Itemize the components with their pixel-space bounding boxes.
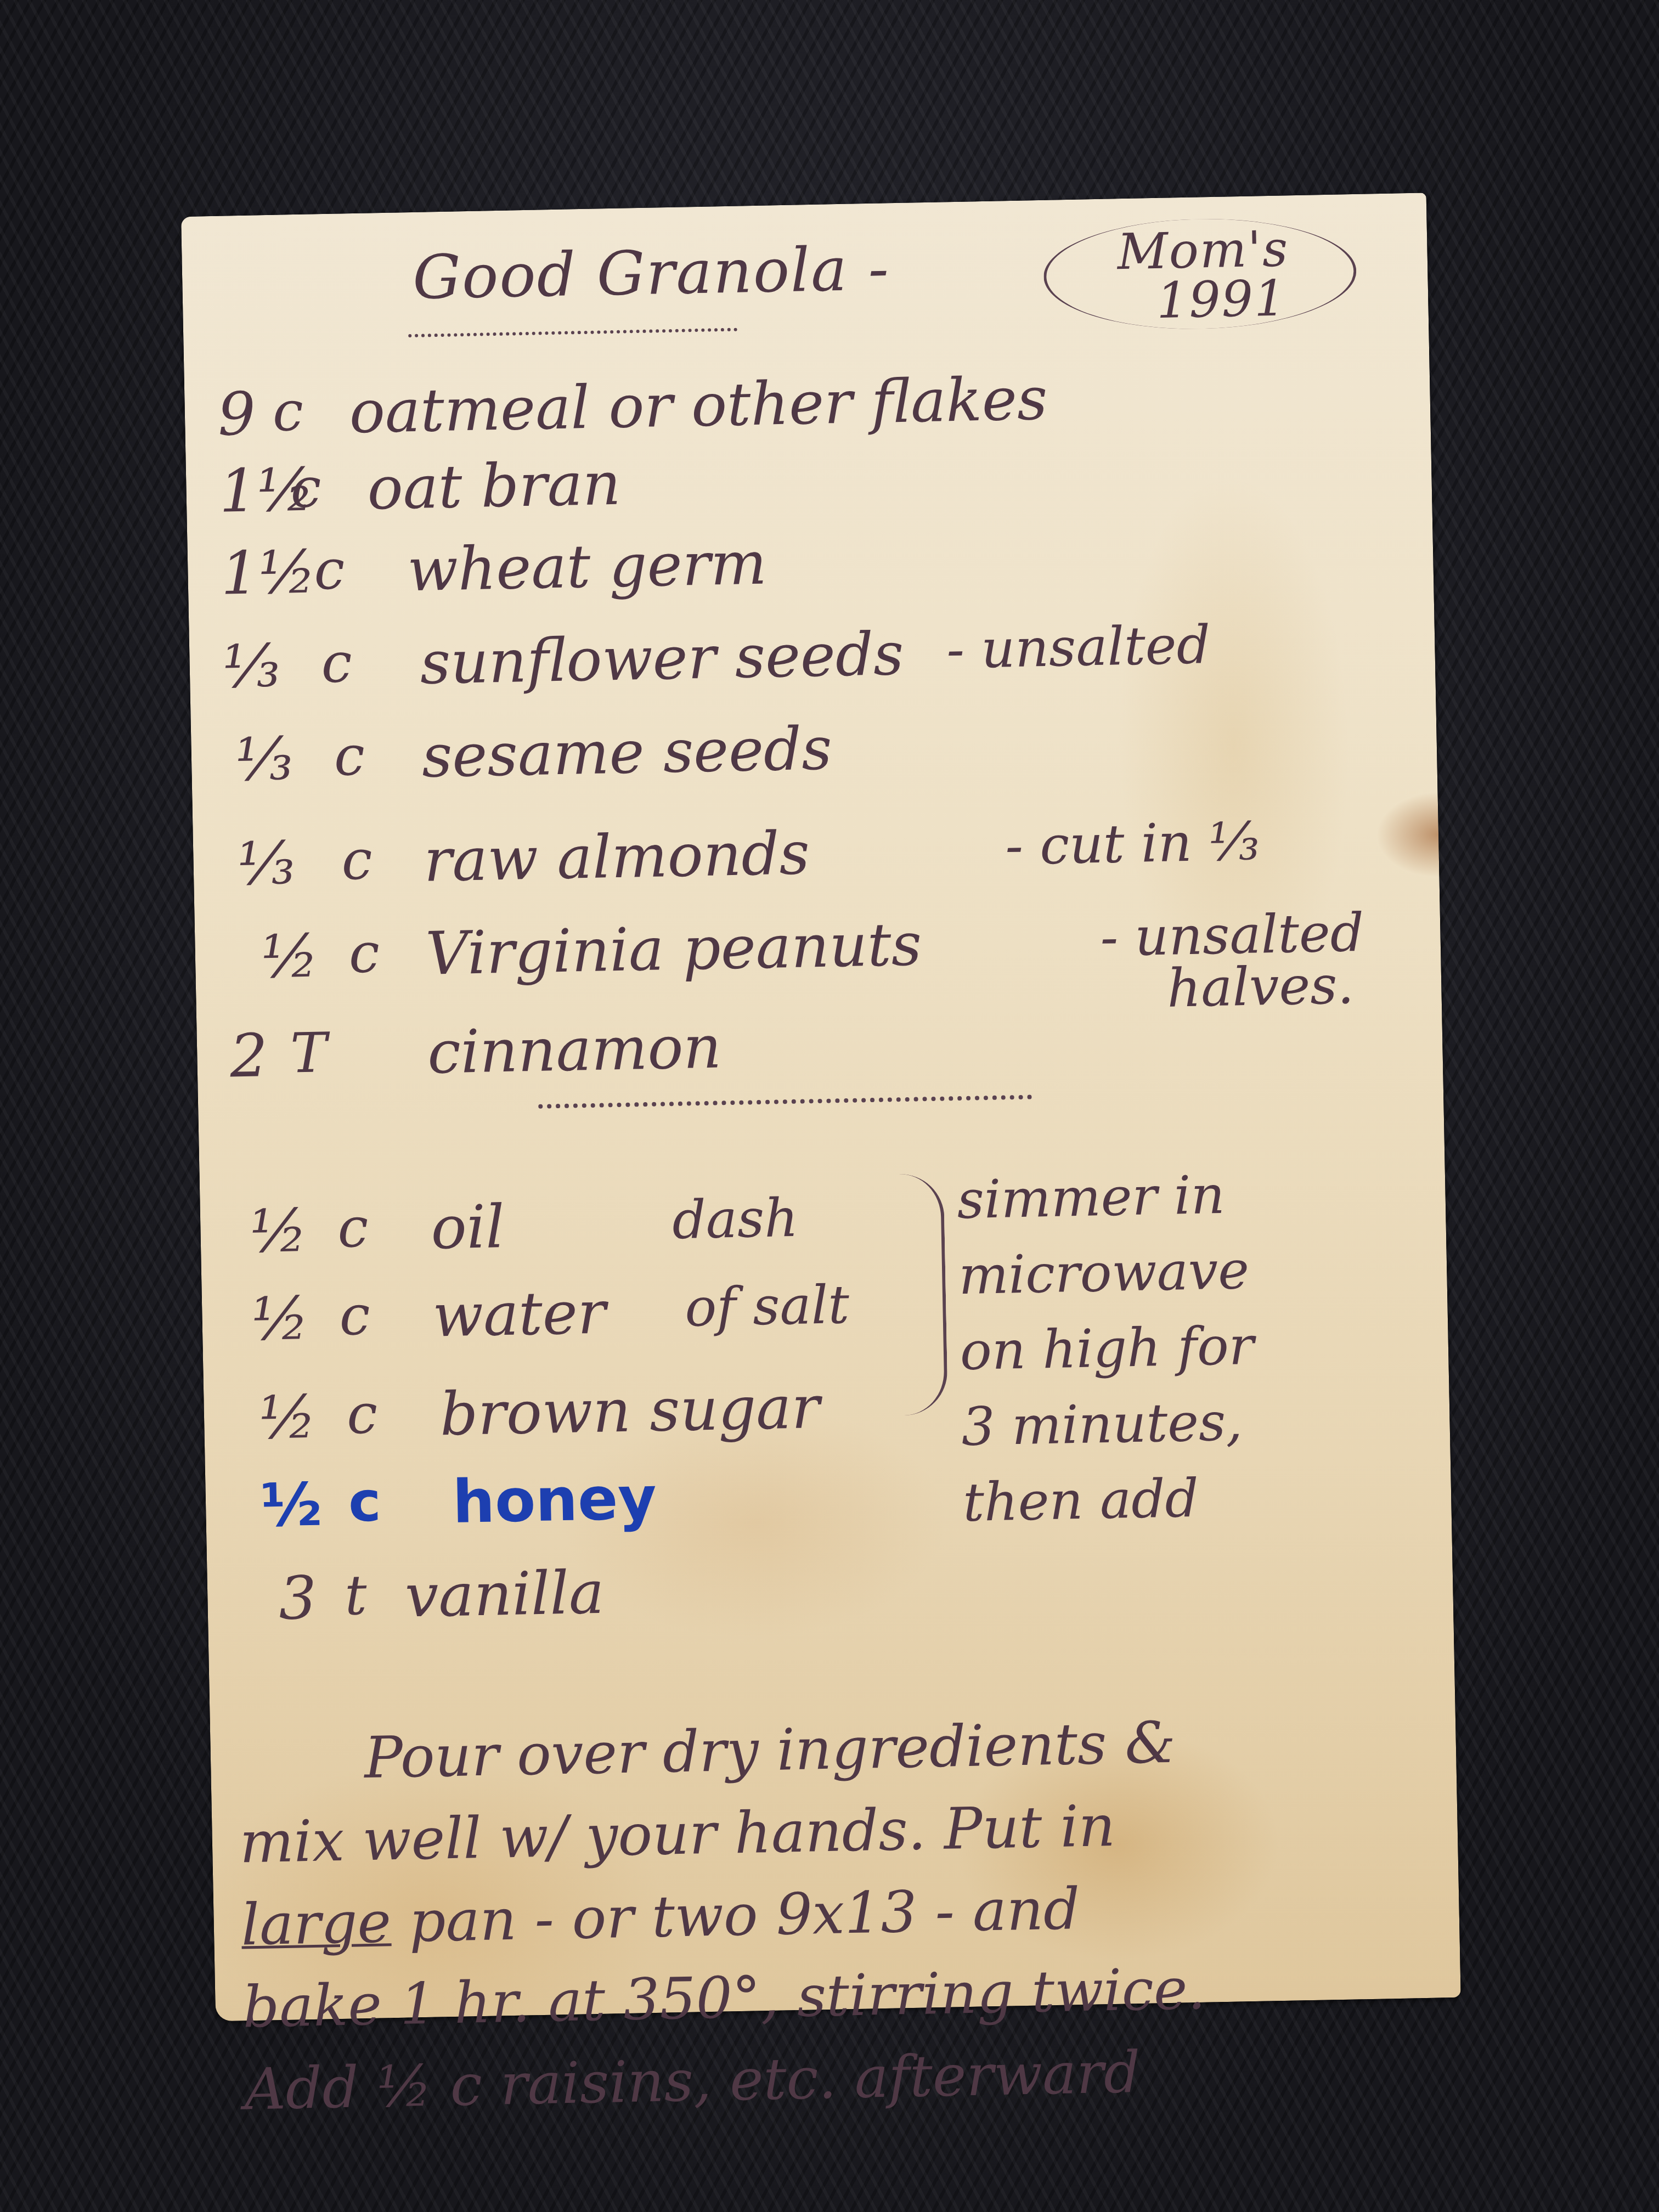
ingredient-qty: ½: [260, 1471, 323, 1541]
ingredient-unit: t: [344, 1563, 367, 1628]
title-squiggle-underline: [408, 316, 737, 338]
ingredient-name: water: [432, 1279, 606, 1351]
ingredient-unit: c: [290, 455, 321, 520]
ingredient-qty: 3: [278, 1564, 317, 1633]
ingredient-note: - cut in ⅓: [1005, 810, 1260, 877]
ingredient-row-added-honey: ½ c honey: [205, 1449, 1452, 1550]
ingredient-row: 1½ c wheat germ: [187, 516, 1434, 617]
ingredient-unit: c: [337, 1195, 369, 1260]
ingredient-qty: ½: [261, 922, 319, 991]
ingredient-name: sunflower seeds: [420, 620, 905, 698]
ingredient-row: ⅓ c raw almonds - cut in ⅓: [193, 807, 1440, 908]
ingredient-qty: ⅓: [222, 632, 281, 702]
ingredient-unit: c: [338, 1283, 370, 1348]
attribution-year: 1991: [1156, 269, 1287, 330]
ingredient-unit: c: [341, 828, 373, 893]
ingredient-name: cinnamon: [427, 1013, 722, 1087]
instruction-line-rest: pan - or two 9x13 - and: [391, 1875, 1081, 1955]
ingredient-name: oat bran: [366, 450, 621, 523]
ingredient-qty: ½: [249, 1197, 308, 1266]
ingredient-unit: c: [321, 630, 353, 695]
ingredient-name: Virginia peanuts: [425, 910, 922, 988]
ingredient-row: 2 T cinnamon: [196, 999, 1443, 1100]
section-divider: [538, 1095, 1032, 1109]
simmer-instruction: simmer in microwave on high for 3 minute…: [956, 1156, 1257, 1541]
ingredient-unit: c: [272, 379, 304, 444]
ingredient-row: ½ c water of salt: [201, 1262, 1448, 1363]
grouping-brace: [880, 1173, 948, 1416]
ingredient-name: vanilla: [404, 1559, 605, 1631]
ingredient-qty: 9: [217, 380, 256, 449]
ingredient-name: oil: [430, 1193, 505, 1263]
ingredient-unit: c: [346, 1382, 378, 1447]
ingredient-qty: ⅓: [235, 725, 294, 794]
ingredient-note: of salt: [684, 1274, 850, 1339]
ingredient-row: ½ c Virginia peanuts - unsalted halves.: [195, 900, 1441, 1001]
ingredient-row: ½ c oil dash: [200, 1175, 1446, 1276]
recipe-title: Good Granola -: [412, 233, 890, 313]
recipe-card: Good Granola - Mom's 1991 9 c oatmeal or…: [181, 193, 1461, 2021]
ingredient-row: ⅓ c sesame seeds: [191, 703, 1437, 804]
ingredient-unit: c: [313, 537, 345, 602]
ingredient-row: 3 t vanilla: [207, 1542, 1453, 1643]
ingredient-unit: c: [334, 724, 365, 788]
ingredient-qty: ⅓: [236, 829, 295, 899]
ingredient-qty: ½: [258, 1383, 317, 1453]
ingredient-row: ⅓ c sunflower seeds - unsalted: [189, 610, 1436, 710]
ingredient-name: raw almonds: [423, 819, 810, 895]
ingredient-qty: 1½: [220, 538, 317, 608]
instructions-paragraph: Pour over dry ingredients & mix well w/ …: [238, 1696, 1441, 2131]
ingredient-name: honey: [452, 1464, 657, 1537]
ingredient-unit: T: [290, 1020, 328, 1085]
ingredient-note: - unsalted: [946, 614, 1211, 680]
ingredient-qty: ½: [251, 1284, 309, 1354]
ingredient-qty: 2: [229, 1022, 268, 1091]
ingredient-name: sesame seeds: [421, 714, 833, 791]
ingredient-unit: c: [348, 1469, 382, 1534]
ingredient-unit: c: [348, 921, 380, 985]
ingredient-name: brown sugar: [439, 1373, 821, 1449]
emphasized-word: large: [241, 1888, 392, 1958]
ingredient-name: oatmeal or other flakes: [349, 365, 1048, 447]
ingredient-name: wheat germ: [407, 529, 767, 605]
ingredient-row: ½ c brown sugar: [204, 1361, 1450, 1462]
attribution-parenthetical: Mom's 1991: [1042, 216, 1357, 332]
ingredient-note: dash: [672, 1187, 799, 1251]
